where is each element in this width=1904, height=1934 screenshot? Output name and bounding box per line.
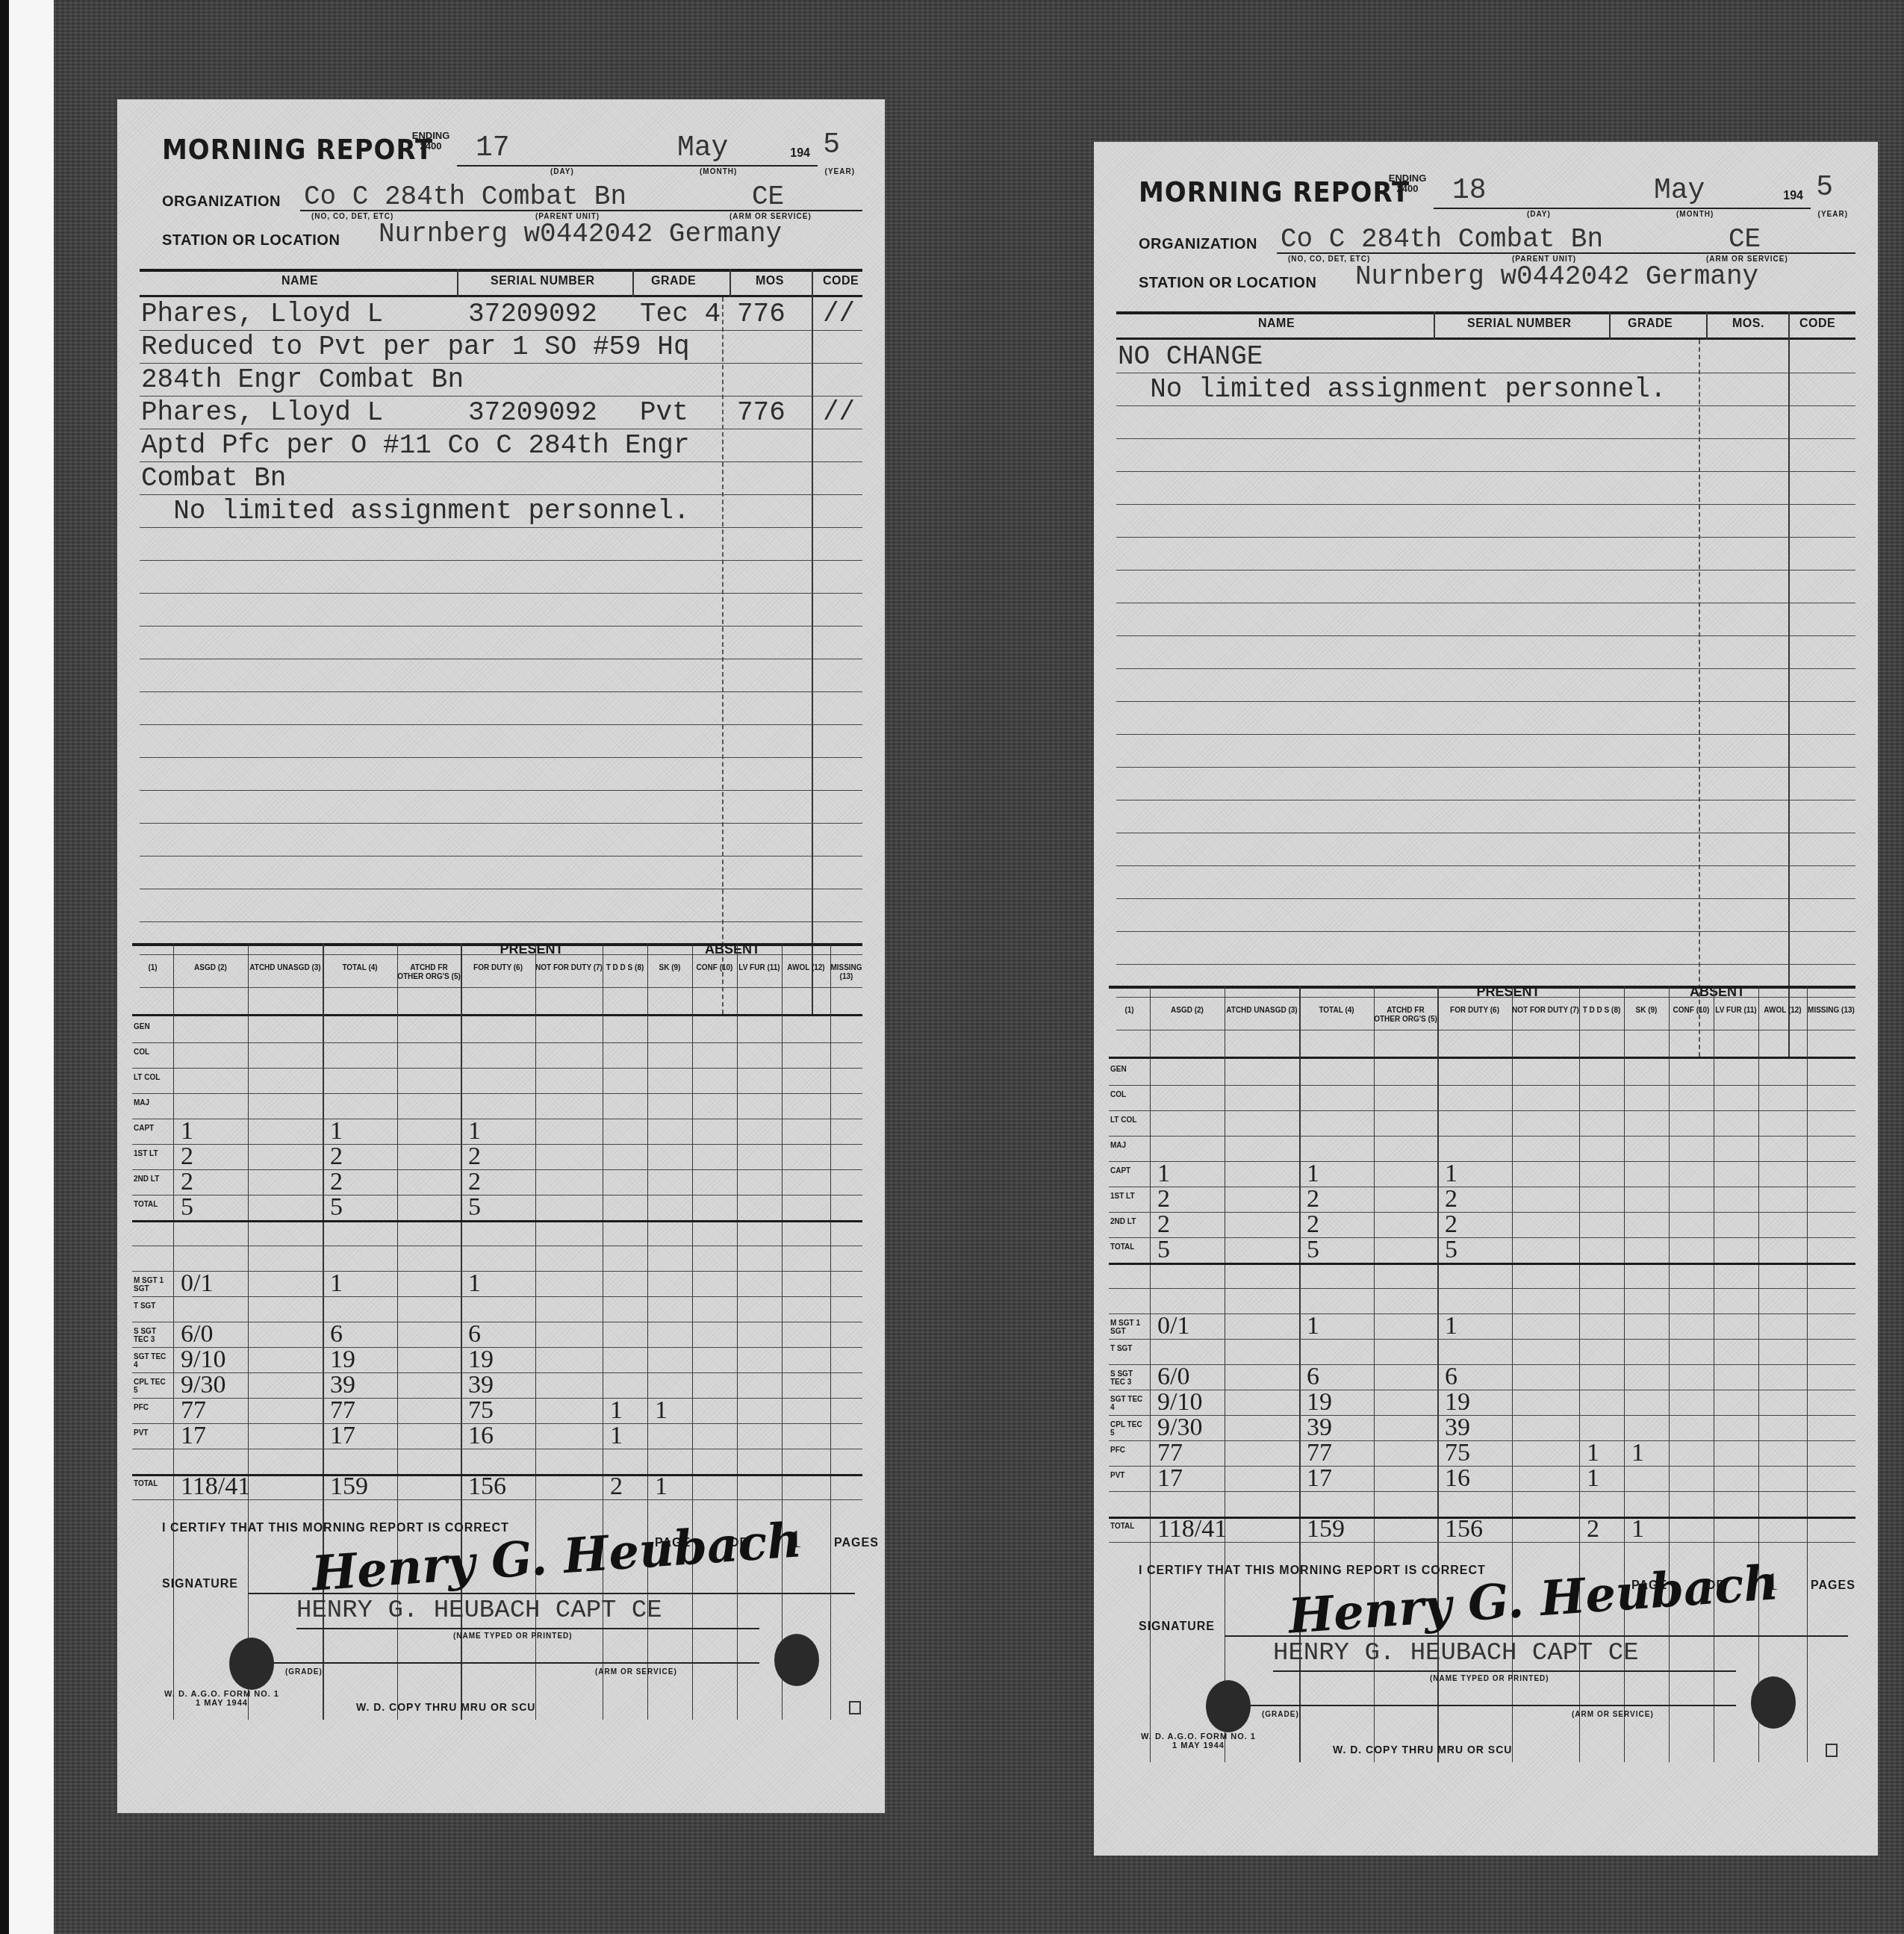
entry-code: // <box>823 299 855 329</box>
grid-row-rule <box>1109 1110 1855 1111</box>
organization-value: Co C 284th Combat Bn <box>304 181 626 212</box>
grid-cell-asgd: 118/41 <box>181 1473 250 1501</box>
grid-row-rule <box>1109 1085 1855 1086</box>
ruled-line <box>1116 603 1855 603</box>
grid-row-label: GEN <box>1110 1066 1148 1074</box>
divider-mos <box>729 269 731 297</box>
grid-cell-total: 19 <box>1307 1388 1332 1417</box>
grid-row-rule <box>132 1449 862 1449</box>
grid-row-rule <box>1109 1390 1855 1390</box>
entry-text: NO CHANGE <box>1118 341 1263 372</box>
grid-header: AWOL (12) <box>782 964 830 973</box>
station-value: Nurnberg w0442042 Germany <box>379 219 782 249</box>
station-value: Nurnberg w0442042 Germany <box>1355 261 1758 292</box>
scan-edge-white <box>9 0 54 1934</box>
grid-col-divider <box>1807 986 1808 1762</box>
grid-header: CONF (10) <box>692 964 737 973</box>
col-name: NAME <box>1258 317 1295 331</box>
organization-label: ORGANIZATION <box>1139 236 1257 253</box>
arm-caption: (ARM OR SERVICE) <box>595 1668 677 1676</box>
month-caption: (MONTH) <box>700 168 737 176</box>
present-label: PRESENT <box>1437 987 1579 996</box>
typed-name-line <box>1273 1670 1736 1672</box>
grid-row-label: COL <box>134 1048 171 1057</box>
col-serial: SERIAL NUMBER <box>491 275 595 288</box>
grid-cell-total: 17 <box>1307 1464 1332 1493</box>
arm-caption: (ARM OR SERVICE) <box>1572 1711 1654 1719</box>
grid-row-label: SGT TEC 4 <box>134 1353 171 1369</box>
grid-row-label: T SGT <box>1110 1345 1148 1353</box>
grid-row-label: M SGT 1 SGT <box>1110 1319 1148 1336</box>
punch-hole-right-icon <box>774 1634 819 1686</box>
grid-cell-asgd: 9/10 <box>1157 1388 1202 1417</box>
entry-text: No limited assignment personnel. <box>141 496 690 526</box>
certify-text: I CERTIFY THAT THIS MORNING REPORT IS CO… <box>162 1522 509 1535</box>
grade-line <box>252 1662 759 1664</box>
grid-header: TOTAL (4) <box>323 964 397 973</box>
grid-header: T D D S (8) <box>603 964 647 973</box>
ruled-line <box>140 691 862 692</box>
grid-cell-for_duty: 1 <box>1445 1312 1457 1340</box>
grid-cell-for_duty: 2 <box>468 1168 481 1196</box>
grid-row-label: MAJ <box>1110 1142 1148 1150</box>
divider-mos <box>1706 311 1708 340</box>
grid-cell-asgd: 5 <box>181 1193 193 1222</box>
grid-cell-for_duty: 1 <box>468 1269 481 1298</box>
grid-col-divider <box>1714 986 1714 1762</box>
ruled-line <box>1116 931 1855 932</box>
ruled-line <box>1116 701 1855 702</box>
grid-row-rule <box>1109 1339 1855 1340</box>
ruled-line <box>140 757 862 758</box>
ruled-line <box>1116 504 1855 505</box>
grid-cell-for_duty: 75 <box>1445 1439 1470 1467</box>
grid-cell-total: 17 <box>330 1422 355 1450</box>
divider-serial <box>457 269 458 297</box>
grid-cell-for_duty: 2 <box>1445 1185 1457 1213</box>
column-header-rule <box>140 295 862 297</box>
grid-cell-for_duty: 19 <box>468 1346 494 1374</box>
grid-cell-td: 2 <box>610 1473 623 1501</box>
ruled-line <box>1116 471 1855 472</box>
grid-row-rule <box>132 1246 862 1246</box>
arm-or-service-value: CE <box>1729 224 1761 255</box>
grid-cell-for_duty: 39 <box>468 1371 494 1399</box>
grid-row-rule <box>132 1398 862 1399</box>
grid-cell-total: 6 <box>1307 1363 1319 1391</box>
entry-text: No limited assignment personnel. <box>1118 374 1667 405</box>
signature-label: SIGNATURE <box>1139 1620 1215 1634</box>
grid-header: ATCHD FR OTHER ORG'S (5) <box>397 964 461 982</box>
grid-row-rule <box>132 1271 862 1272</box>
station-label: STATION OR LOCATION <box>1139 275 1316 292</box>
entry-mos: 776 <box>737 397 785 428</box>
morning-report-form-right: MORNING REPORT ENDING 2400 18 (DAY) May … <box>1094 142 1878 1856</box>
grid-header: ATCHD FR OTHER ORG'S (5) <box>1374 1007 1437 1024</box>
grid-row-label: CAPT <box>1110 1167 1148 1175</box>
ruled-line <box>140 659 862 659</box>
grid-cell-total: 6 <box>330 1320 343 1349</box>
grid-header: (1) <box>1109 1007 1150 1016</box>
officer-total-rule <box>1109 1263 1855 1265</box>
checkbox-icon <box>849 1701 861 1714</box>
form-date: 1 MAY 1944 <box>132 1699 311 1708</box>
dashed-divider <box>722 297 724 1014</box>
checkbox-icon <box>1826 1744 1838 1757</box>
grid-row-label: 1ST LT <box>134 1150 171 1158</box>
grid-cell-total: 1 <box>1307 1160 1319 1188</box>
entry-text: 284th Engr Combat Bn <box>141 364 464 395</box>
grid-row-rule <box>1109 1136 1855 1137</box>
grid-bottom-rule <box>1109 1517 1855 1519</box>
grid-header: SK (9) <box>1624 1007 1669 1016</box>
grid-cell-asgd: 2 <box>1157 1210 1170 1239</box>
entry-text: Phares, Lloyd L <box>141 299 383 329</box>
grid-row-label: S SGT TEC 3 <box>134 1328 171 1344</box>
entry-grade: Tec 4 <box>640 299 721 329</box>
grid-row-rule <box>132 1347 862 1348</box>
divider-code <box>1788 311 1790 1058</box>
arm-or-service-value: CE <box>752 181 784 212</box>
ruled-line <box>140 396 862 397</box>
grid-cell-asgd: 118/41 <box>1157 1515 1227 1543</box>
grid-cell-total: 1 <box>330 1117 343 1145</box>
grid-cell-for_duty: 6 <box>1445 1363 1457 1391</box>
ruled-line <box>1116 668 1855 669</box>
punch-hole-right-icon <box>1751 1676 1796 1729</box>
grid-cell-asgd: 6/0 <box>181 1320 213 1349</box>
entry-serial: 37209092 <box>468 299 597 329</box>
punch-hole-left-icon <box>1206 1680 1251 1732</box>
grid-cell-total: 19 <box>330 1346 355 1374</box>
grid-row-rule <box>132 1322 862 1322</box>
grid-row-rule <box>1109 1237 1855 1238</box>
grid-header: AWOL (12) <box>1758 1007 1807 1016</box>
grid-col-divider <box>173 943 174 1720</box>
form-number-text: W. D. A.G.O. FORM NO. 1 <box>132 1690 311 1699</box>
entry-text: Reduced to Pvt per par 1 SO #59 Hq <box>141 332 690 362</box>
report-day: 17 <box>476 132 510 164</box>
grid-row-rule <box>1109 1491 1855 1492</box>
grid-row-label: CAPT <box>134 1125 171 1133</box>
col-name: NAME <box>281 275 318 288</box>
grid-cell-asgd: 17 <box>181 1422 206 1450</box>
pages-label: PAGES <box>1811 1579 1855 1593</box>
grid-row-rule <box>132 1296 862 1297</box>
grid-cell-asgd: 77 <box>181 1396 206 1425</box>
grid-header: FOR DUTY (6) <box>1437 1007 1512 1016</box>
grade-line <box>1228 1705 1736 1706</box>
grid-header-rule <box>132 1014 862 1016</box>
org-underline <box>300 210 862 211</box>
grid-cell-asgd: 5 <box>1157 1236 1170 1264</box>
grid-header: FOR DUTY (6) <box>461 964 535 973</box>
grid-row-rule <box>132 1169 862 1170</box>
col-code: CODE <box>823 275 859 288</box>
grid-header: LV FUR (11) <box>737 964 782 973</box>
header-rule <box>140 269 862 272</box>
column-header-rule <box>1116 338 1855 340</box>
grid-cell-for_duty: 16 <box>1445 1464 1470 1493</box>
grid-cell-total: 2 <box>1307 1210 1319 1239</box>
grid-cell-asgd: 77 <box>1157 1439 1183 1467</box>
grid-row-rule <box>132 1423 862 1424</box>
grid-header: ATCHD UNASGD (3) <box>248 964 323 973</box>
grid-row-rule <box>1109 1466 1855 1467</box>
grid-row-rule <box>132 1144 862 1145</box>
form-number-text: W. D. A.G.O. FORM NO. 1 <box>1109 1732 1288 1741</box>
form-header: MORNING REPORT ENDING 2400 17 (DAY) May … <box>162 129 862 267</box>
grid-cell-asgd: 9/30 <box>1157 1414 1202 1442</box>
grid-cell-total: 77 <box>330 1396 355 1425</box>
grid-row-label: TOTAL <box>1110 1243 1148 1251</box>
grid-row-label: SGT TEC 4 <box>1110 1396 1148 1412</box>
entry-text: Phares, Lloyd L <box>141 397 383 428</box>
grid-col-divider <box>830 943 831 1720</box>
col-code: CODE <box>1799 317 1835 331</box>
grid-cell-total: 77 <box>1307 1439 1332 1467</box>
grid-row-rule <box>1109 1187 1855 1187</box>
organization-value: Co C 284th Combat Bn <box>1281 224 1603 255</box>
ruled-line <box>140 429 862 429</box>
ending-label: ENDING 2400 <box>408 131 453 152</box>
col-mos: MOS <box>756 275 784 288</box>
ruled-line <box>1116 767 1855 768</box>
grid-row-label: 2ND LT <box>1110 1218 1148 1226</box>
name-caption: (NAME TYPED OR PRINTED) <box>453 1632 573 1641</box>
grid-cell-total: 2 <box>1307 1185 1319 1213</box>
grid-cell-td: 1 <box>1587 1439 1599 1467</box>
officer-total-rule <box>132 1220 862 1222</box>
grid-cell-total: 159 <box>330 1473 368 1501</box>
ruled-line <box>1116 373 1855 373</box>
grid-row-label: CPL TEC 5 <box>1110 1421 1148 1437</box>
grid-row-rule <box>132 1372 862 1373</box>
grid-cell-for_duty: 1 <box>1445 1160 1457 1188</box>
pages-label: PAGES <box>834 1537 879 1550</box>
typed-name: HENRY G. HEUBACH CAPT CE <box>1273 1639 1639 1667</box>
col-grade: GRADE <box>651 275 696 288</box>
grid-cell-sk: 1 <box>1631 1439 1644 1467</box>
grid-cell-asgd: 2 <box>1157 1185 1170 1213</box>
grid-cell-for_duty: 1 <box>468 1117 481 1145</box>
ruled-line <box>140 494 862 495</box>
grid-cell-for_duty: 16 <box>468 1422 494 1450</box>
copy-note: W. D. COPY THRU MRU OR SCU <box>1333 1744 1512 1756</box>
ruled-line <box>1116 833 1855 833</box>
ruled-line <box>140 921 862 922</box>
grid-cell-asgd: 2 <box>181 1168 193 1196</box>
grid-row-rule <box>1109 1161 1855 1162</box>
grid-col-divider <box>1758 986 1759 1762</box>
grid-row-label: PVT <box>134 1429 171 1437</box>
grid-cell-total: 1 <box>1307 1312 1319 1340</box>
grid-row-label: LT COL <box>134 1074 171 1082</box>
grid-cell-total: 1 <box>330 1269 343 1298</box>
ruled-line <box>1116 570 1855 570</box>
grid-cell-asgd: 6/0 <box>1157 1363 1189 1391</box>
ruled-line <box>1116 635 1855 636</box>
grid-cell-sk: 1 <box>1631 1515 1644 1543</box>
col-mos: MOS. <box>1732 317 1764 331</box>
grid-cell-total: 2 <box>330 1168 343 1196</box>
grid-header: CONF (10) <box>1669 1007 1714 1016</box>
grid-col-divider <box>782 943 783 1720</box>
grid-cell-total: 159 <box>1307 1515 1345 1543</box>
grid-col-divider <box>248 943 249 1720</box>
organization-label: ORGANIZATION <box>162 193 281 211</box>
grid-header: ATCHD UNASGD (3) <box>1225 1007 1299 1016</box>
grid-header: T D D S (8) <box>1579 1007 1624 1016</box>
grid-header: NOT FOR DUTY (7) <box>535 964 603 973</box>
grid-row-rule <box>132 1042 862 1043</box>
grid-row-rule <box>132 1195 862 1195</box>
grid-header: TOTAL (4) <box>1299 1007 1374 1016</box>
col-serial: SERIAL NUMBER <box>1467 317 1572 331</box>
form-date: 1 MAY 1944 <box>1109 1741 1288 1750</box>
grid-cell-for_duty: 5 <box>468 1193 481 1222</box>
grid-row-label: TOTAL <box>1110 1523 1148 1531</box>
grid-row-rule <box>132 1119 862 1119</box>
grid-cell-total: 5 <box>1307 1236 1319 1264</box>
grid-cell-for_duty: 2 <box>468 1142 481 1171</box>
grid-cell-for_duty: 2 <box>1445 1210 1457 1239</box>
grid-cell-asgd: 17 <box>1157 1464 1183 1493</box>
entry-serial: 37209092 <box>468 397 597 428</box>
typed-name: HENRY G. HEUBACH CAPT CE <box>296 1596 662 1625</box>
grid-cell-for_duty: 75 <box>468 1396 494 1425</box>
month-caption: (MONTH) <box>1676 211 1714 219</box>
grid-cell-asgd: 1 <box>1157 1160 1170 1188</box>
ruled-line <box>1116 800 1855 800</box>
header-rule <box>1116 311 1855 314</box>
form-title: MORNING REPORT <box>162 134 433 167</box>
grid-cell-for_duty: 156 <box>1445 1515 1483 1543</box>
grid-row-label: PFC <box>134 1404 171 1412</box>
dashed-divider <box>1699 340 1700 1057</box>
grid-col-divider <box>1669 986 1670 1762</box>
grid-header: MISSING (13) <box>1807 1007 1855 1016</box>
ruled-line <box>1116 734 1855 735</box>
ruled-line <box>140 461 862 462</box>
year-prefix: 194 <box>1783 190 1803 203</box>
grid-row-rule <box>132 1093 862 1094</box>
report-year: 5 <box>1816 172 1833 204</box>
report-day: 18 <box>1452 175 1487 207</box>
grid-cell-total: 5 <box>330 1193 343 1222</box>
grid-cell-for_duty: 156 <box>468 1473 506 1501</box>
ruled-line <box>1116 537 1855 538</box>
org-underline <box>1277 252 1855 254</box>
grid-row-label: TOTAL <box>134 1480 171 1488</box>
ruled-line <box>140 560 862 561</box>
grid-cell-asgd: 0/1 <box>1157 1312 1189 1340</box>
grid-cell-for_duty: 5 <box>1445 1236 1457 1264</box>
grid-header: ASGD (2) <box>1150 1007 1225 1016</box>
grid-row-label: 2ND LT <box>134 1175 171 1184</box>
grid-row-label: PFC <box>1110 1446 1148 1455</box>
ruled-line <box>140 527 862 528</box>
ruled-line <box>140 889 862 889</box>
form-title: MORNING REPORT <box>1139 176 1410 209</box>
grid-col-divider <box>1225 986 1225 1762</box>
present-label: PRESENT <box>461 945 603 954</box>
grid-row-label: S SGT TEC 3 <box>1110 1370 1148 1387</box>
report-month: May <box>677 132 728 164</box>
grid-cell-asgd: 0/1 <box>181 1269 213 1298</box>
grid-row-label: PVT <box>1110 1472 1148 1480</box>
absent-label: ABSENT <box>1579 987 1855 996</box>
grid-col-divider <box>692 943 693 1720</box>
ruled-line <box>140 363 862 364</box>
date-underline <box>1434 208 1811 209</box>
grid-row-label: 1ST LT <box>1110 1193 1148 1201</box>
ruled-line <box>140 856 862 856</box>
grade-caption: (GRADE) <box>1262 1711 1299 1719</box>
grid-bottom-rule <box>132 1474 862 1476</box>
ruled-line <box>140 626 862 626</box>
grid-cell-asgd: 1 <box>181 1117 193 1145</box>
grid-cell-total: 39 <box>330 1371 355 1399</box>
divider-serial <box>1434 311 1435 340</box>
grid-row-rule <box>1109 1364 1855 1365</box>
grid-row-label: T SGT <box>134 1302 171 1310</box>
typed-name-line <box>296 1628 759 1629</box>
grid-header: (1) <box>132 964 173 973</box>
grid-cell-asgd: 9/10 <box>181 1346 225 1374</box>
ruled-line <box>140 823 862 824</box>
grid-row-label: MAJ <box>134 1099 171 1107</box>
grid-row-rule <box>1109 1415 1855 1416</box>
grid-header-rule <box>1109 1057 1855 1059</box>
grid-row-rule <box>1109 1440 1855 1441</box>
grid-cell-for_duty: 6 <box>468 1320 481 1349</box>
signature-label: SIGNATURE <box>162 1578 238 1591</box>
grid-cell-td: 1 <box>1587 1464 1599 1493</box>
grid-cell-td: 2 <box>1587 1515 1599 1543</box>
ending-label: ENDING 2400 <box>1385 173 1430 194</box>
grid-cell-total: 2 <box>330 1142 343 1171</box>
year-caption: (YEAR) <box>825 168 855 176</box>
absent-label: ABSENT <box>603 945 862 954</box>
scan-edge-black <box>0 0 9 1934</box>
date-underline <box>457 165 818 167</box>
ruled-line <box>1116 964 1855 965</box>
entry-grade: Pvt <box>640 397 688 428</box>
grid-cell-td: 1 <box>610 1396 623 1425</box>
ruled-line <box>140 330 862 331</box>
grid-cell-sk: 1 <box>655 1473 668 1501</box>
grid-row-label: M SGT 1 SGT <box>134 1277 171 1293</box>
year-caption: (YEAR) <box>1818 211 1848 219</box>
grid-cell-sk: 1 <box>655 1396 668 1425</box>
grid-row-rule <box>1109 1313 1855 1314</box>
certify-text: I CERTIFY THAT THIS MORNING REPORT IS CO… <box>1139 1564 1486 1578</box>
ruled-line <box>140 790 862 791</box>
grid-header: LV FUR (11) <box>1714 1007 1758 1016</box>
ruled-line <box>1116 865 1855 866</box>
grid-row-label: GEN <box>134 1023 171 1031</box>
report-month: May <box>1654 175 1705 207</box>
grid-row-label: CPL TEC 5 <box>134 1378 171 1395</box>
day-caption: (DAY) <box>1527 211 1551 219</box>
grid-header: MISSING (13) <box>830 964 862 982</box>
grid-row-label: COL <box>1110 1091 1148 1099</box>
grid-cell-asgd: 9/30 <box>181 1371 225 1399</box>
year-prefix: 194 <box>790 147 810 161</box>
grid-cell-for_duty: 19 <box>1445 1388 1470 1417</box>
grid-cell-asgd: 2 <box>181 1142 193 1171</box>
